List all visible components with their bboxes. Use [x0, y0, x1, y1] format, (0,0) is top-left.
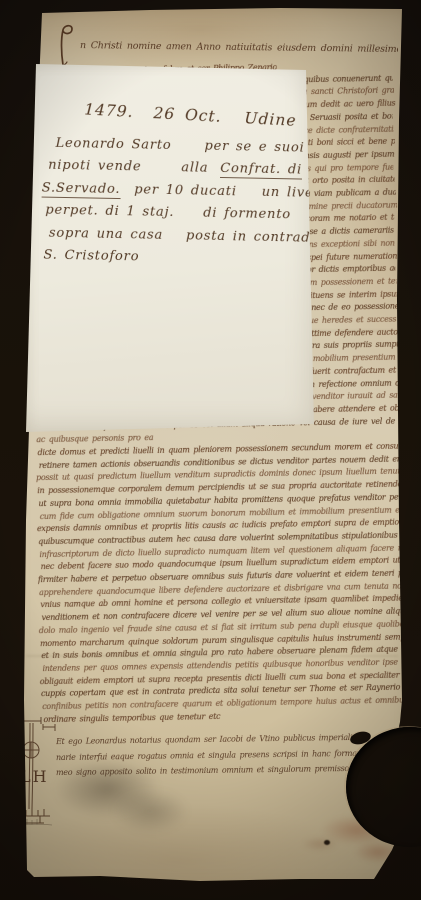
note-segment: nipoti vende	[48, 158, 141, 175]
manuscript-line: nec debent facere suo modo quandocumque …	[41, 556, 404, 573]
archivist-note-text: 1479. 26 Oct. Udine Leonardo Sarto per s…	[20, 63, 315, 436]
manuscript-line: confinibus petitis non contrafacere quar…	[42, 695, 405, 712]
note-segment: per 10 ducati	[134, 182, 237, 199]
note-segment: Confrat. di	[220, 161, 302, 180]
manuscript-heading-line: n Christi nomine amen Anno natiuitatis e…	[80, 40, 398, 55]
manuscript-line: firmiter habere et perpetuo obseruare om…	[38, 569, 401, 586]
manuscript-line: cuppis copertam que est in contrata pred…	[41, 683, 404, 700]
manuscript-line: expensis damnis omnibus et propriis liti…	[37, 518, 400, 535]
note-line: Leonardo Sarto per se e suoi	[55, 136, 311, 156]
parchment-crease	[26, 655, 398, 657]
manuscript-line: apprehendere quandocumque libere defende…	[39, 581, 402, 598]
note-segment: sopra una casa	[49, 226, 163, 243]
manuscript-line: possit ut quasi predictum liuellum vendi…	[36, 467, 399, 484]
note-segment: 26 Oct.	[153, 104, 222, 126]
illuminated-initial-icon	[54, 24, 84, 68]
note-line: S. Cristoforo	[43, 248, 146, 265]
note-segment: S.Servado.	[42, 181, 121, 200]
note-segment: Leonardo Sarto	[55, 136, 171, 153]
manuscript-line: quibuscumque contractibus autem hec caus…	[38, 530, 401, 547]
notary-initials: LH	[20, 767, 49, 786]
archival-pencil-mark	[16, 816, 56, 830]
manuscript-line: cum fide cum obligatione omnium suorum b…	[40, 505, 403, 522]
note-line: nipoti vende alla Confrat. di	[48, 158, 309, 180]
note-segment: Udine	[244, 109, 297, 130]
note-segment: per se e suoi	[204, 139, 304, 156]
manuscript-line: in possessionemque corporalem demum perc…	[37, 480, 400, 497]
manuscript-line: et in suis bonis omnibus et omnia singul…	[41, 645, 404, 662]
ink-smudge-stain	[110, 788, 190, 834]
notary-line: meo signo apposito solito in testimonium…	[56, 764, 358, 777]
note-line: sopra una casa posta in contrada	[49, 226, 326, 246]
note-segment: alla	[181, 160, 208, 176]
dark-speck	[324, 840, 330, 845]
note-segment: posta in contrada	[186, 228, 319, 246]
manuscript-line: vnius namque ab omni homine et persona c…	[40, 594, 403, 611]
manuscript-line: venditionem et non contrafacere dicere v…	[42, 607, 405, 624]
note-line: perpet. di 1 staj. di formento	[45, 203, 298, 223]
notary-sign-icon: LH	[14, 713, 60, 835]
notary-line: Et ego Leonardus notarius quondam ser Ia…	[56, 733, 358, 746]
manuscript-line: momento marcharum quinque soldorum puram…	[40, 632, 403, 649]
manuscript-line: ut supra bona omnia immobilia quietabatu…	[38, 492, 401, 509]
note-segment: 1479.	[84, 100, 134, 121]
reddish-stain	[300, 836, 340, 852]
manuscript-line: infrascriptorum de dicto liuello supradi…	[39, 543, 402, 560]
archivist-note-overlay: 1479. 26 Oct. Udine Leonardo Sarto per s…	[26, 64, 314, 432]
manuscript-line: retinere tamen actionis obseruandis cond…	[39, 454, 402, 471]
note-segment: perpet. di 1 staj.	[45, 203, 174, 220]
note-title-line: 1479. 26 Oct. Udine	[84, 100, 307, 130]
manuscript-line: dicte domus et predicti liuelli in quam …	[37, 442, 400, 459]
note-segment: S. Cristoforo	[43, 248, 139, 265]
manuscript-line: obligauit eidem emptori ut supra recepta…	[40, 670, 403, 687]
manuscript-line: dolo malo ingenio vel fraude sine causa …	[39, 619, 402, 636]
manuscript-line: intendens per quos omnes expensis attend…	[42, 657, 405, 674]
manuscript-line: ac quibusque personis pro ea	[36, 433, 153, 445]
manuscript-line: ordinare singulis temporibus que tenetur…	[43, 712, 220, 725]
note-segment: di formento	[203, 206, 291, 223]
note-line: S.Servado. per 10 ducati un livello	[42, 181, 340, 204]
ink-smudge-stain	[52, 758, 162, 820]
manuscript-photo: n Christi nomine amen Anno natiuitatis e…	[0, 0, 421, 900]
notary-line: narie interfui eaque rogatus omnia et si…	[56, 748, 358, 761]
